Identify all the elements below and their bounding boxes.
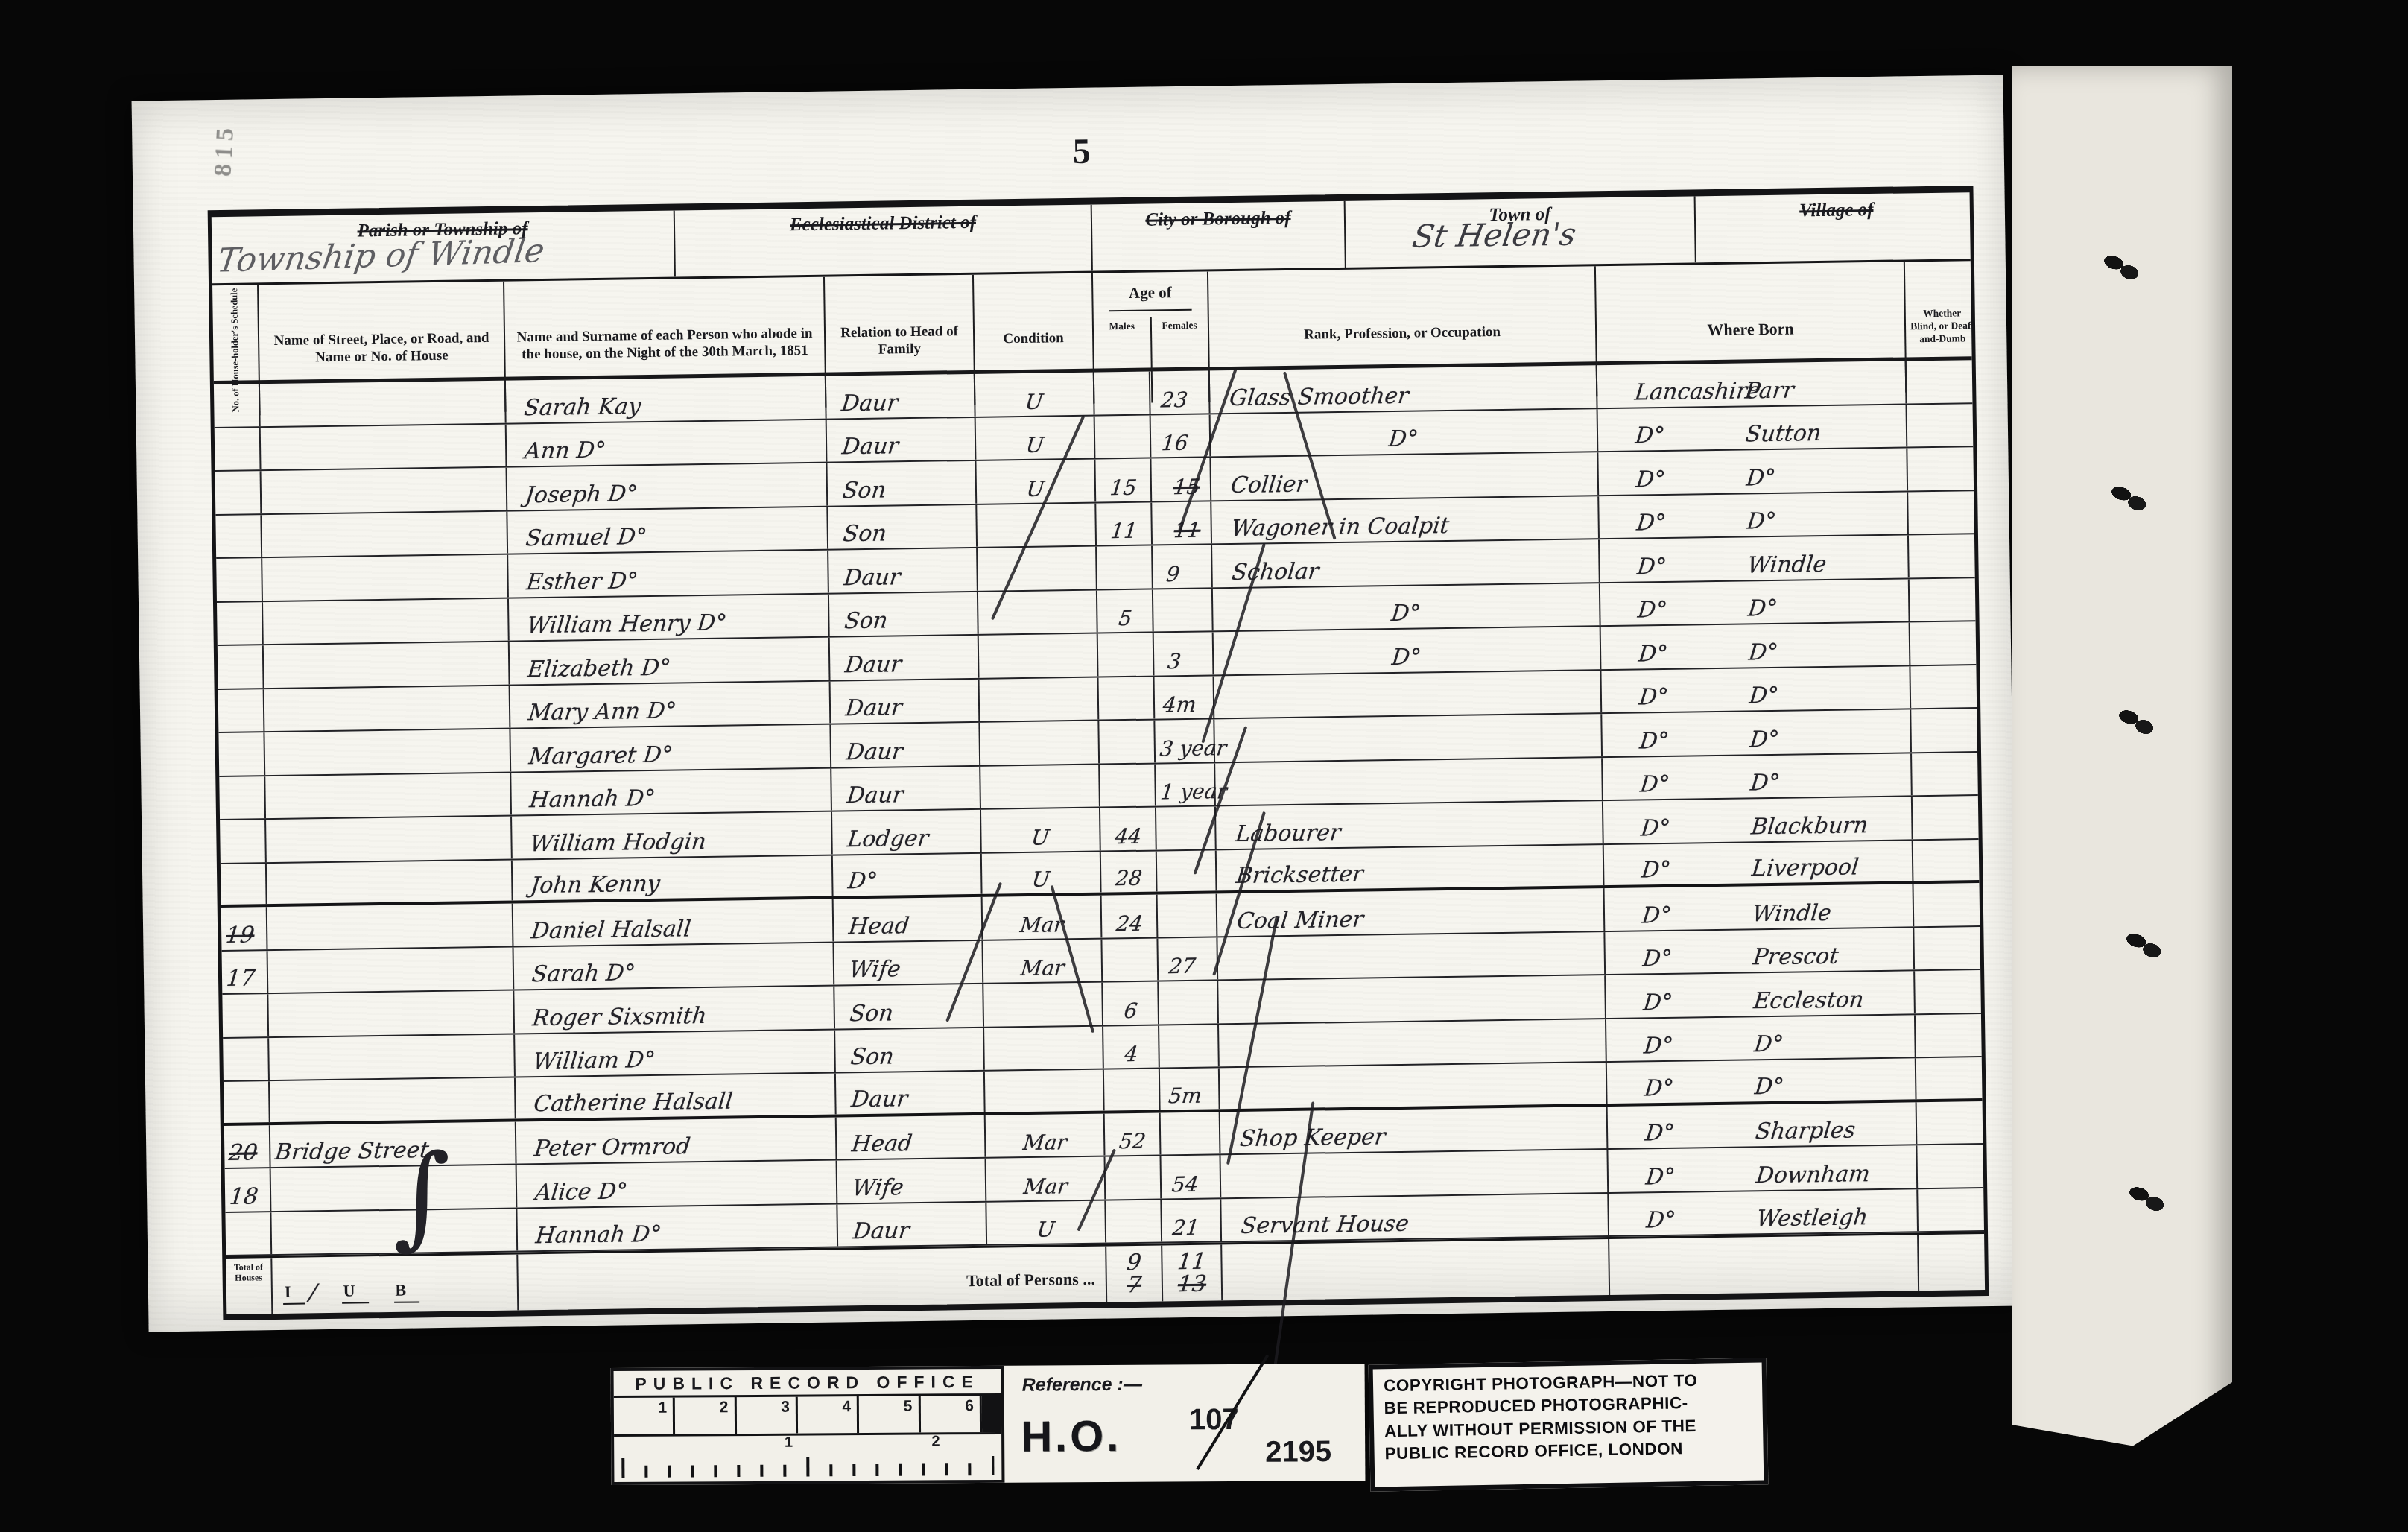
pro-inch-scale: 1 2 <box>614 1434 1001 1482</box>
condition-value: Mar <box>1019 957 1065 979</box>
age-male-value: 6 <box>1123 1000 1138 1021</box>
col-age-label: Age of <box>1129 272 1172 303</box>
born-place-value: D° <box>1753 1034 1784 1057</box>
cell-age-female <box>1159 1112 1220 1155</box>
cell-schedule <box>215 428 260 470</box>
cell-name: John Kenny <box>511 855 832 900</box>
header-ecclesiastical: Ecclesiastical District of <box>674 205 1091 277</box>
cell-age-male <box>1093 372 1150 415</box>
cell-occupation: D° <box>1212 627 1600 674</box>
total-males-value: 9 <box>1126 1251 1142 1273</box>
cm-mark: 2 <box>675 1397 737 1434</box>
census-table: Parish or Township of Township of Windle… <box>208 186 1989 1320</box>
cell-occupation: Servant House <box>1220 1194 1608 1241</box>
cell-age-female <box>1156 893 1217 937</box>
born-county-value: D° <box>1643 1077 1674 1100</box>
cell-age-male: 52 <box>1103 1112 1160 1156</box>
col-condition-label: Condition <box>1003 330 1064 349</box>
ruler-tick <box>668 1466 671 1478</box>
cell-relation: Daur <box>830 766 980 810</box>
cell-blind <box>1912 883 1987 926</box>
cell-born: D° D° <box>1600 709 1910 756</box>
relation-value: Daur <box>835 784 904 807</box>
cell-age-male: 24 <box>1100 895 1157 938</box>
age-male-value: 11 <box>1109 521 1138 542</box>
relation-value: Daur <box>834 653 903 677</box>
born-county-value: D° <box>1638 729 1670 753</box>
cell-condition: Mar <box>981 939 1101 983</box>
reference-label: Reference :— <box>1022 1374 1142 1396</box>
cell-street <box>266 904 513 949</box>
cell-age-male <box>1098 764 1155 807</box>
cell-schedule <box>220 820 265 862</box>
cell-born: D° D° <box>1597 448 1907 494</box>
born-place-value: D° <box>1749 728 1780 751</box>
relation-value: Son <box>833 610 889 633</box>
cell-blind <box>1907 534 1983 577</box>
col-occupation-label: Rank, Profession, or Occupation <box>1304 323 1501 344</box>
cell-street <box>263 686 510 731</box>
cell-street <box>262 642 509 688</box>
cell-born: D° Windle <box>1598 535 1908 581</box>
ruler-tick <box>876 1464 879 1476</box>
cell-age-male: 6 <box>1101 982 1158 1025</box>
cell-age-female <box>1156 850 1216 892</box>
relation-value: D° <box>837 870 878 893</box>
cell-schedule <box>218 732 264 775</box>
page-edge-strip <box>2012 66 2232 1481</box>
cell-schedule <box>215 471 261 513</box>
occupation-value: D° <box>1390 603 1422 626</box>
occupation-value: D° <box>1388 428 1419 452</box>
cell-relation: Daur <box>836 1202 986 1246</box>
cell-schedule <box>215 515 261 557</box>
schedule-struck-value: 20 <box>228 1142 259 1165</box>
person-name: Hannah D° <box>521 1224 662 1248</box>
cell-relation: Daur <box>826 417 975 461</box>
relation-value: Daur <box>830 392 899 415</box>
cell-born: Lancashire Parr <box>1596 361 1906 407</box>
cell-street <box>263 729 510 775</box>
born-county-value: D° <box>1636 599 1667 622</box>
ruler-tick <box>621 1458 624 1478</box>
cell-relation: Lodger <box>831 810 980 854</box>
cell-occupation <box>1216 932 1604 980</box>
cell-street <box>264 773 510 818</box>
born-place-value: Liverpool <box>1751 856 1860 880</box>
total-females-struck-value: 13 <box>1176 1273 1207 1296</box>
condition-value: U <box>1031 869 1051 890</box>
condition-value: Mar <box>1022 1176 1068 1197</box>
ink-blot <box>2111 700 2162 743</box>
cell-name: Elizabeth D° <box>508 638 829 684</box>
cell-age-male <box>1100 938 1157 981</box>
cell-condition <box>978 634 1097 678</box>
relation-value: Head <box>837 915 910 938</box>
total-females: 11 13 <box>1162 1244 1221 1301</box>
cell-age-female: 54 <box>1159 1155 1220 1198</box>
ruler-tick <box>784 1465 787 1477</box>
ruler-tick <box>761 1465 764 1477</box>
cell-condition <box>979 765 1099 808</box>
cm-mark: 5 <box>859 1396 921 1434</box>
cell-age-male <box>1094 415 1150 458</box>
occupation-value: Servant House <box>1225 1213 1410 1238</box>
ruler-tick <box>644 1466 647 1478</box>
cell-condition: Mar <box>981 896 1101 940</box>
age-male-value: 15 <box>1109 477 1138 498</box>
cell-schedule: 18 <box>225 1168 270 1211</box>
cell-age-male: 5 <box>1096 589 1153 633</box>
col-name-label: Name and Surname of each Person who abod… <box>510 324 820 364</box>
born-county-value: D° <box>1640 859 1671 882</box>
born-place-value: Windle <box>1752 902 1833 925</box>
city-label: City or Borough of <box>1145 208 1291 230</box>
age-female-value: 23 <box>1159 389 1188 411</box>
cell-street <box>268 1078 515 1122</box>
ruler-tick <box>807 1457 810 1476</box>
cell-blind <box>1909 621 1984 665</box>
cell-relation: Son <box>828 592 978 636</box>
cell-age-male <box>1104 1156 1161 1199</box>
born-place-value: Sharples <box>1755 1119 1857 1143</box>
cell-street <box>267 1034 514 1080</box>
cell-condition: U <box>975 460 1094 504</box>
total-females-value: 11 <box>1176 1250 1207 1273</box>
cell-relation: Wife <box>832 940 982 984</box>
age-male-value: 28 <box>1114 868 1143 890</box>
age-female-struck-value: 11 <box>1173 520 1202 542</box>
cell-schedule <box>216 558 262 601</box>
flourish-mark: ∫ <box>392 1140 451 1253</box>
cell-relation: Son <box>826 504 976 548</box>
person-name: Catherine Halsall <box>519 1090 734 1115</box>
cell-age-female: 16 <box>1150 414 1210 458</box>
age-male-value: 5 <box>1117 608 1132 629</box>
cell-age-male <box>1097 633 1153 677</box>
cell-born: D° Liverpool <box>1603 841 1913 885</box>
relation-value: Daur <box>840 1088 909 1111</box>
born-county-value: D° <box>1638 686 1669 709</box>
cell-schedule: 17 <box>222 951 267 993</box>
cell-relation: Daur <box>828 636 978 680</box>
born-place-value: Sutton <box>1745 422 1823 446</box>
born-place-value: Westleigh <box>1755 1206 1869 1230</box>
born-place-value: Windle <box>1746 553 1828 577</box>
total-males-struck-value: 7 <box>1126 1273 1142 1296</box>
houses-tally: I / U B <box>272 1255 517 1314</box>
cell-street <box>264 817 511 862</box>
cm-mark: 4 <box>798 1396 860 1434</box>
copyright-stamp: COPYRIGHT PHOTOGRAPH—NOT TO BE REPRODUCE… <box>1369 1358 1769 1491</box>
cell-blind <box>1912 839 1987 881</box>
houses-inhabited-label: I <box>283 1282 305 1305</box>
born-county-value: D° <box>1641 904 1672 927</box>
cell-occupation: Scholar <box>1211 539 1599 587</box>
occupation-value: D° <box>1391 646 1422 669</box>
cell-age-female: 1 year <box>1154 763 1214 806</box>
born-place-value: Prescot <box>1752 946 1840 969</box>
village-label: Village of <box>1799 200 1874 221</box>
ecclesiastical-label: Ecclesiastical District of <box>790 212 976 235</box>
cell-occupation <box>1219 1150 1607 1197</box>
col-born-label: Where Born <box>1707 318 1794 340</box>
person-name: Margaret D° <box>514 744 674 768</box>
houses-building-label: B <box>393 1280 419 1302</box>
relation-value: Daur <box>841 1220 910 1243</box>
census-scan-page: 5 815 Parish or Township of Township of … <box>0 0 2408 1532</box>
cell-name: Esther D° <box>507 551 828 597</box>
cell-name: Joseph D° <box>506 463 827 510</box>
town-value: St Helen's <box>1410 216 1579 255</box>
born-county-value: D° <box>1644 1122 1675 1145</box>
cell-street <box>262 598 508 644</box>
cell-name: Ann D° <box>505 420 826 466</box>
cell-relation: Wife <box>836 1159 986 1203</box>
cell-born: D° Sharples <box>1606 1102 1916 1148</box>
relation-value: Daur <box>831 435 900 458</box>
cell-name: William Henry D° <box>507 594 828 640</box>
cell-relation: Daur <box>825 374 975 418</box>
cell-age-female: 3 <box>1153 632 1213 675</box>
relation-value: Daur <box>834 697 903 720</box>
cell-born: D° D° <box>1605 1015 1915 1061</box>
cell-blind <box>1906 404 1981 447</box>
cell-blind <box>1909 665 1984 708</box>
cell-name: Alice D° <box>516 1161 837 1207</box>
cell-relation: Daur <box>834 1072 984 1114</box>
cell-born: D° Sutton <box>1597 405 1907 451</box>
cell-name: Sarah Kay <box>504 376 826 422</box>
cell-street <box>259 381 505 426</box>
cell-name: Samuel D° <box>506 507 827 553</box>
cell-name: Hannah D° <box>516 1204 837 1250</box>
cell-name: Margaret D° <box>509 725 830 771</box>
reference-dept: H.O. <box>1021 1411 1122 1462</box>
relation-value: Head <box>840 1133 913 1156</box>
person-name: Peter Ormrod <box>520 1136 692 1160</box>
cell-name: Sarah D° <box>512 943 833 989</box>
born-place-value: D° <box>1754 1075 1785 1098</box>
copyright-line: BE REPRODUCED PHOTOGRAPHIC- <box>1384 1394 1688 1418</box>
condition-value: U <box>1025 435 1045 456</box>
ruler-tick <box>737 1465 740 1477</box>
cell-occupation <box>1218 1063 1606 1109</box>
cell-age-female: 23 <box>1149 370 1209 414</box>
cell-born: D° D° <box>1606 1058 1916 1103</box>
cell-relation: Head <box>832 897 982 941</box>
person-name: Roger Sixsmith <box>518 1004 708 1030</box>
cell-name: Peter Ormrod <box>515 1117 836 1163</box>
header-city: City or Borough of <box>1091 201 1345 271</box>
cell-condition: Mar <box>985 1157 1105 1201</box>
relation-value: Son <box>831 523 887 546</box>
cell-age-male <box>1095 546 1152 589</box>
age-female-value: 9 <box>1165 564 1181 585</box>
cell-schedule <box>225 1212 270 1255</box>
age-male-value: 44 <box>1114 826 1143 847</box>
person-name: Hannah D° <box>515 788 656 812</box>
schedule-value: 17 <box>225 967 256 990</box>
cell-occupation <box>1214 758 1602 805</box>
cell-street <box>267 947 513 993</box>
ruler-tick <box>830 1464 833 1476</box>
cell-blind <box>1916 1101 1991 1144</box>
inch-mark-label: 2 <box>931 1433 940 1450</box>
cell-age-male: 11 <box>1094 502 1151 545</box>
cell-name: Mary Ann D° <box>509 681 830 727</box>
person-name: Elizabeth D° <box>513 656 672 681</box>
born-place-value: D° <box>1746 510 1777 534</box>
age-female-value: 54 <box>1170 1174 1200 1195</box>
cell-relation: Head <box>835 1115 985 1159</box>
cell-occupation <box>1217 975 1605 1023</box>
inch-mark-label: 1 <box>785 1434 793 1452</box>
age-male-value: 4 <box>1124 1044 1139 1065</box>
reference-series: 107 <box>1189 1403 1239 1437</box>
person-name: Daniel Halsall <box>517 918 692 943</box>
cell-occupation: D° <box>1211 583 1600 631</box>
person-name: John Kenny <box>516 873 661 898</box>
ruler-tick <box>853 1464 856 1476</box>
cell-blind <box>1913 926 1988 969</box>
cell-schedule <box>222 994 267 1036</box>
cell-condition <box>978 677 1098 721</box>
cell-schedule <box>224 1081 269 1122</box>
occupation-value: Glass Smoother <box>1214 384 1410 410</box>
relation-value: Daur <box>832 566 902 589</box>
cell-relation: Daur <box>827 548 977 592</box>
age-female-value: 21 <box>1171 1218 1200 1239</box>
condition-value: U <box>1036 1219 1056 1240</box>
cell-relation: Son <box>834 1028 983 1072</box>
cell-name: Roger Sixsmith <box>513 987 834 1033</box>
cell-condition <box>983 1070 1103 1112</box>
houses-tally-mark: / <box>308 1282 317 1304</box>
cell-schedule <box>223 1038 268 1080</box>
person-name: Ann D° <box>510 440 607 463</box>
relation-value: Wife <box>840 1177 904 1200</box>
stamp-strip: PUBLIC RECORD OFFICE 1 2 3 4 5 6 1 2 Ref… <box>611 1364 1366 1485</box>
cell-born: D° Blackburn <box>1602 797 1912 843</box>
cell-born: D° D° <box>1600 666 1910 712</box>
ruler-tick <box>691 1465 694 1477</box>
cell-street <box>260 468 507 513</box>
cell-born: D° D° <box>1601 753 1911 800</box>
cell-age-male <box>1104 1200 1161 1243</box>
cm-end-block <box>982 1396 1001 1432</box>
cell-name: Daniel Halsall <box>512 899 833 946</box>
cell-age-male: 44 <box>1099 808 1156 851</box>
born-county-value: D° <box>1641 948 1673 971</box>
cell-occupation: Labourer <box>1214 801 1603 849</box>
cm-mark: 3 <box>736 1397 798 1434</box>
born-place-value: Blackburn <box>1750 814 1869 838</box>
cell-born: D° D° <box>1600 622 1910 668</box>
cell-street <box>261 555 507 601</box>
cell-born: D° Westleigh <box>1607 1189 1917 1235</box>
cell-occupation: Glass Smoother <box>1208 365 1597 413</box>
occupation-value: Collier <box>1214 473 1308 497</box>
cell-blind <box>1908 577 1983 621</box>
relation-value: Son <box>838 1002 894 1025</box>
cell-occupation: Shop Keeper <box>1219 1107 1607 1154</box>
cell-schedule <box>218 689 264 732</box>
born-county-value: D° <box>1635 468 1666 491</box>
age-divider-rule <box>1109 309 1191 312</box>
cell-schedule: 20 <box>224 1125 270 1168</box>
person-name: William D° <box>519 1049 656 1074</box>
cell-age-female: 5m <box>1159 1068 1219 1110</box>
born-county-value: D° <box>1644 1165 1676 1188</box>
cell-age-male: 15 <box>1094 459 1150 502</box>
cell-schedule <box>217 602 262 645</box>
cell-age-female <box>1157 981 1217 1024</box>
cell-condition: U <box>975 416 1094 460</box>
born-county-value: D° <box>1642 991 1673 1014</box>
born-county-value: D° <box>1637 642 1668 665</box>
cell-born: D° D° <box>1599 579 1909 625</box>
cell-schedule <box>219 776 264 819</box>
cell-name: Hannah D° <box>510 768 831 814</box>
ruler-tick <box>992 1456 995 1475</box>
person-name: Sarah D° <box>517 962 636 986</box>
cell-street <box>265 860 512 904</box>
header-village: Village of <box>1694 192 1978 262</box>
cell-blind <box>1916 1188 1992 1231</box>
col-street-label: Name of Street, Place, or Road, and Name… <box>264 329 500 367</box>
cell-condition: U <box>974 373 1094 417</box>
cell-born: D° Eccleston <box>1604 971 1914 1017</box>
col-blind-label: Whether Blind, or Deaf-and-Dumb <box>1910 307 1975 346</box>
age-female-value: 27 <box>1167 956 1197 978</box>
condition-value: Mar <box>1018 914 1065 936</box>
pro-cm-scale: 1 2 3 4 5 6 <box>614 1396 1001 1437</box>
condition-value: U <box>1030 827 1051 848</box>
ruler-tick <box>969 1463 972 1475</box>
born-place-value: D° <box>1749 685 1780 708</box>
relation-value: Wife <box>837 958 902 981</box>
cell-street <box>260 511 507 557</box>
person-name: Joseph D° <box>510 483 639 507</box>
header-town: Town of St Helen's <box>1344 196 1695 268</box>
person-name: Mary Ann D° <box>513 700 677 724</box>
person-name: Esther D° <box>512 570 639 594</box>
age-female-value: 5m <box>1167 1085 1203 1107</box>
cm-mark: 6 <box>920 1396 982 1433</box>
pro-stamp-title: PUBLIC RECORD OFFICE <box>614 1369 1001 1398</box>
born-place-value: Eccleston <box>1752 989 1865 1013</box>
public-record-office-stamp: PUBLIC RECORD OFFICE 1 2 3 4 5 6 1 2 <box>611 1366 1005 1485</box>
cell-relation: Son <box>826 461 975 505</box>
header-parish: Parish or Township of Township of Windle <box>212 210 674 283</box>
cell-blind <box>1913 970 1989 1013</box>
cell-age-male <box>1097 721 1154 764</box>
condition-value: Mar <box>1021 1132 1068 1153</box>
cell-street <box>267 991 513 1036</box>
cell-occupation <box>1213 714 1601 762</box>
cell-blind <box>1916 1145 1991 1188</box>
occupation-value: Coal Miner <box>1220 908 1364 933</box>
cell-age-male: 4 <box>1102 1025 1159 1069</box>
reference-stamp: Reference :— H.O. 107 2195 <box>1004 1364 1366 1483</box>
cm-mark: 1 <box>614 1398 676 1435</box>
born-place-value: D° <box>1748 641 1779 664</box>
cell-relation: Daur <box>829 723 979 767</box>
cell-name: William D° <box>513 1030 834 1076</box>
cell-street <box>259 424 506 469</box>
age-female-value: 4m <box>1162 694 1197 716</box>
